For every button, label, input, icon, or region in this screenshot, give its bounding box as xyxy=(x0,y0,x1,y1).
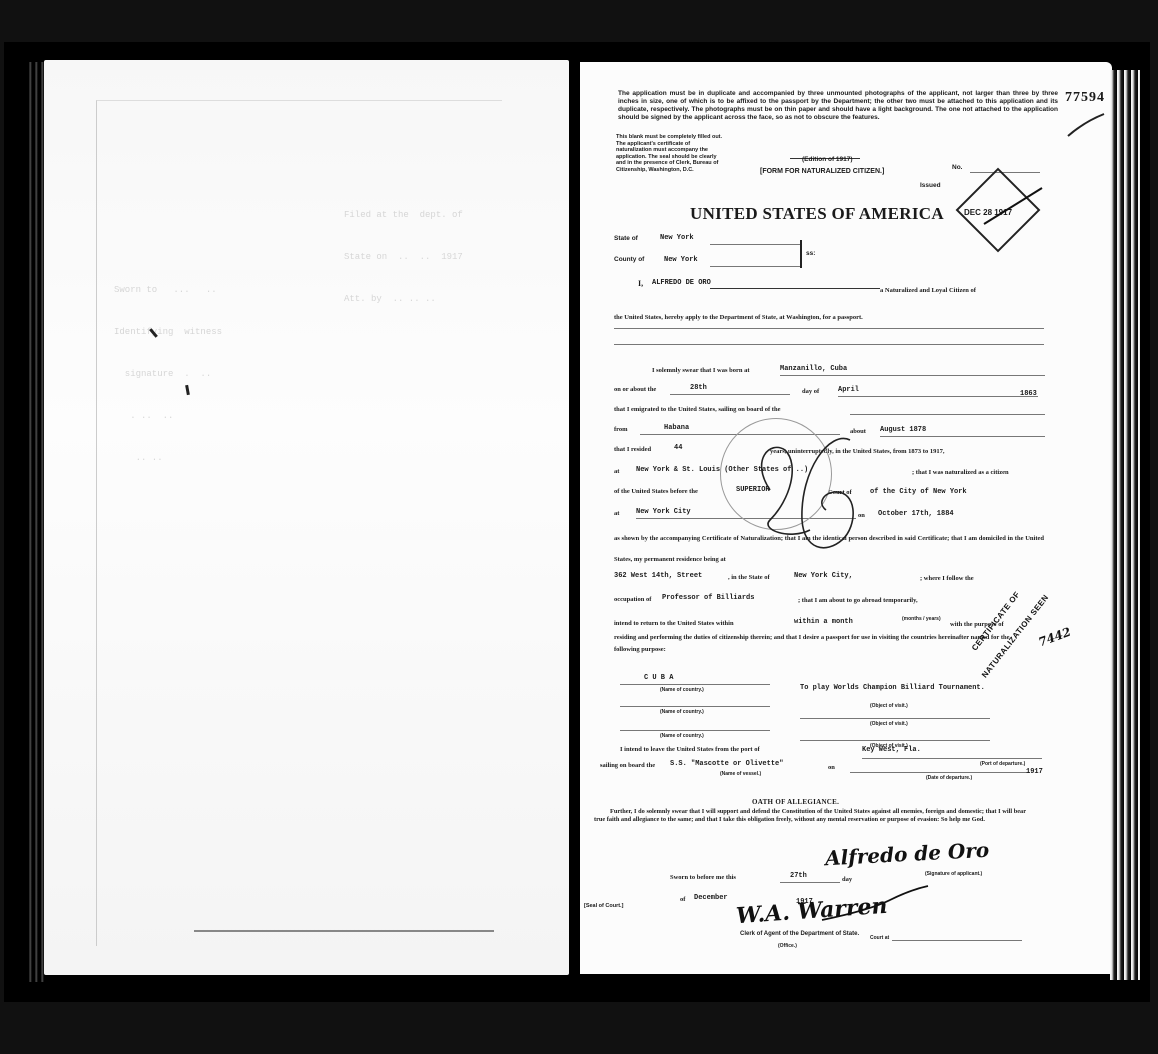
ship-caption: (Name of vessel.) xyxy=(720,770,761,778)
office-caption: (Office.) xyxy=(778,942,797,950)
purpose-rule xyxy=(800,718,990,719)
applicant-name: ALFREDO DE ORO xyxy=(652,279,711,287)
right-page: The application must be in duplicate and… xyxy=(580,62,1112,974)
sworn-day-rule xyxy=(780,882,840,883)
issued-label: Issued xyxy=(920,182,941,190)
blank-rule xyxy=(614,344,1044,345)
bracket xyxy=(800,240,802,268)
country-rule xyxy=(620,706,770,707)
country-caption: (Name of country.) xyxy=(660,732,704,740)
on-about-label: on or about the xyxy=(614,384,656,395)
bleed-line: Filed at the dept. of xyxy=(344,208,463,222)
port-label: I intend to leave the United States from… xyxy=(620,744,760,755)
page-edges xyxy=(1110,70,1140,980)
born-at-label: I solemnly swear that I was born at xyxy=(652,365,750,376)
left-bottom-rule xyxy=(194,930,494,932)
court-city-value: of the City of New York xyxy=(870,488,967,496)
bleed-line: State on .. .. 1917 xyxy=(344,250,463,264)
sworn-month: December xyxy=(694,894,728,902)
state-of-value: New York City, xyxy=(794,572,853,580)
intend-return-text: intend to return to the United States wi… xyxy=(614,618,734,629)
left-bleed-text: Filed at the dept. of State on .. .. 191… xyxy=(344,180,463,334)
occupation-value: Professor of Billiards xyxy=(662,594,754,602)
state-value: New York xyxy=(660,234,694,242)
bleed-line: . .. .. xyxy=(114,409,222,423)
bleed-line: .. .. xyxy=(114,451,222,465)
occupation-prefix: ; where I follow the xyxy=(920,573,974,584)
date-caption: (Date of departure.) xyxy=(926,774,972,782)
oath-text: Further, I do solemnly swear that I will… xyxy=(594,808,1026,823)
from-value: Habana xyxy=(664,424,689,432)
state-of-label: , in the State of xyxy=(728,572,770,583)
abroad-text: ; that I am about to go abroad temporari… xyxy=(798,595,918,606)
residing-text: residing and performing the duties of ci… xyxy=(614,632,1024,656)
sworn-label: Sworn to before me this xyxy=(670,872,736,883)
month-rule xyxy=(838,396,1038,397)
handwritten-mark-icon xyxy=(730,430,870,560)
court-prefix: of the United States before the xyxy=(614,486,698,497)
resided-years: 44 xyxy=(674,444,682,452)
blank-rule xyxy=(614,328,1044,329)
address-value: 362 West 14th, Street xyxy=(614,572,702,580)
country-rule xyxy=(620,684,770,685)
bleed-line: Sworn to ... .. xyxy=(114,283,222,297)
sworn-day: 27th xyxy=(790,872,807,880)
signature-caption: (Signature of applicant.) xyxy=(925,870,982,878)
about-rule xyxy=(880,436,1045,437)
from-label: from xyxy=(614,424,628,435)
ss-label: ss: xyxy=(806,250,815,258)
sailing-date-rule xyxy=(850,772,1030,773)
country-caption: (Name of country.) xyxy=(660,708,704,716)
applicant-signature: Alfredo de Oro xyxy=(824,838,989,871)
born-rule xyxy=(780,375,1045,376)
book-spine xyxy=(26,62,44,982)
port-rule xyxy=(862,758,1042,759)
sworn-of-label: of xyxy=(680,894,685,905)
bleed-line: signature . .. xyxy=(114,367,222,381)
county-value: New York xyxy=(664,256,698,264)
emigrated-label: that I emigrated to the United States, s… xyxy=(614,404,780,415)
court-at-label: at xyxy=(614,508,619,519)
born-at-value: Manzanillo, Cuba xyxy=(780,365,847,373)
day-rule xyxy=(670,394,790,395)
court-date-value: October 17th, 1884 xyxy=(878,510,954,518)
sailing-year: 1917 xyxy=(1026,768,1043,776)
court-footer: Court at xyxy=(870,934,889,942)
seal-label: [Seal of Court.] xyxy=(584,902,623,910)
left-page: Filed at the dept. of State on .. .. 191… xyxy=(44,60,569,975)
sailing-on-label: on xyxy=(828,762,835,773)
no-label: No. xyxy=(952,164,962,172)
ship-value: S.S. "Mascotte or Olivette" xyxy=(670,760,783,768)
at-label: at xyxy=(614,466,619,477)
applicant-apply-text: the United States, hereby apply to the D… xyxy=(614,312,863,323)
purpose-rule xyxy=(800,740,990,741)
occupation-label: occupation of xyxy=(614,594,651,605)
pen-stroke-icon xyxy=(1066,110,1106,140)
signature-flourish-icon xyxy=(820,884,930,924)
resided-label: that I resided xyxy=(614,444,651,455)
court-at-value: New York City xyxy=(636,508,691,516)
court-footer-rule xyxy=(892,940,1022,941)
birth-day-value: 28th xyxy=(690,384,707,392)
form-label: [FORM FOR NATURALIZED CITIZEN.] xyxy=(760,168,884,176)
port-value: Key West, Fla. xyxy=(862,746,921,754)
destination-country: C U B A xyxy=(644,674,673,682)
return-options: (months / years) xyxy=(902,615,941,623)
side-note: This blank must be completely filled out… xyxy=(616,134,724,173)
state-rule xyxy=(710,244,800,245)
naturalized-text: ; that I was naturalized as a citizen xyxy=(912,467,1009,478)
country-caption: (Name of country.) xyxy=(660,686,704,694)
bleed-line: Att. by .. .. .. xyxy=(344,292,463,306)
clerk-caption: Clerk of Agent of the Department of Stat… xyxy=(740,930,859,938)
county-label: County of xyxy=(614,256,644,264)
about-value: August 1878 xyxy=(880,426,926,434)
no-rule xyxy=(970,172,1040,173)
document-title: UNITED STATES OF AMERICA xyxy=(690,204,944,224)
return-value: within a month xyxy=(794,618,853,626)
bleed-line: Identifying witness xyxy=(114,325,222,339)
application-number: 77594 xyxy=(1065,90,1105,106)
left-bleed-text: Sworn to ... .. Identifying witness sign… xyxy=(114,255,222,493)
port-caption: (Port of departure.) xyxy=(980,760,1025,768)
purpose-caption: (Object of visit.) xyxy=(870,702,908,710)
oath-title: OATH OF ALLEGIANCE. xyxy=(752,797,839,808)
ship-rule xyxy=(850,414,1045,415)
county-rule xyxy=(710,266,800,267)
sailing-label: sailing on board the xyxy=(600,760,655,771)
applicant-citizen-text: a Naturalized and Loyal Citizen of xyxy=(880,286,1050,295)
purpose-caption: (Object of visit.) xyxy=(870,720,908,728)
day-of-label: day of xyxy=(802,386,819,397)
destination-purpose: To play Worlds Champion Billiard Tournam… xyxy=(800,684,1040,693)
handwritten-note: 7442 xyxy=(1037,625,1073,650)
applicant-prefix: I, xyxy=(638,278,643,289)
check-stroke-icon xyxy=(980,184,1050,234)
birth-year-value: 1863 xyxy=(1020,390,1037,398)
state-label: State of xyxy=(614,235,638,243)
header-notice: The application must be in duplicate and… xyxy=(618,90,1058,122)
applicant-rule xyxy=(710,288,880,289)
birth-month-value: April xyxy=(838,386,859,394)
edition-label: (Edition of 1917) xyxy=(802,156,853,164)
country-rule xyxy=(620,730,770,731)
